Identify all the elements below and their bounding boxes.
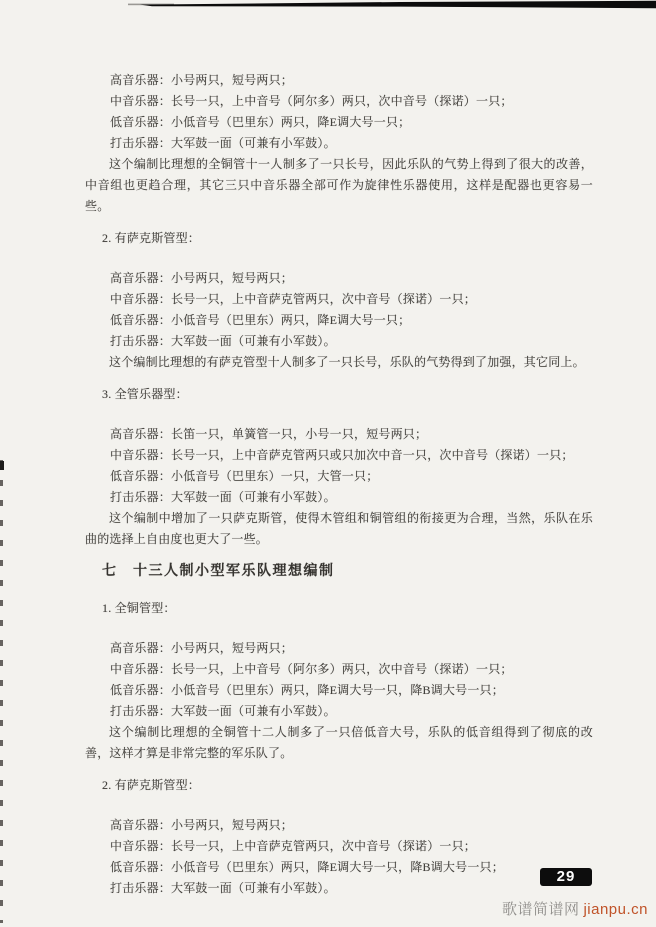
subsection-title-sax-type: 2. 有萨克斯管型： bbox=[85, 775, 593, 796]
note-paragraph: 这个编制中增加了一只萨克斯管，使得木管组和铜管组的衔接更为合理，当然，乐队在乐曲… bbox=[85, 508, 593, 550]
instrument-line-percussion: 打击乐器：大军鼓一面（可兼有小军鼓）。 bbox=[85, 133, 593, 154]
instrument-line-treble: 高音乐器：小号两只，短号两只； bbox=[85, 268, 593, 289]
instrument-line-bass: 低音乐器：小低音号（巴里东）两只，降E调大号一只，降B调大号一只； bbox=[85, 680, 593, 701]
instrument-line-alto: 中音乐器：长号一只，上中音号（阿尔多）两只，次中音号（探诺）一只； bbox=[85, 91, 593, 112]
subsection-title-full-wind-type: 3. 全管乐器型： bbox=[85, 384, 593, 405]
scanned-page: 高音乐器：小号两只，短号两只； 中音乐器：长号一只，上中音号（阿尔多）两只，次中… bbox=[0, 0, 656, 927]
watermark: 歌谱简谱网jianpu.cn bbox=[502, 898, 648, 919]
scan-top-edge-line bbox=[0, 0, 656, 10]
instrument-line-treble: 高音乐器：长笛一只，单簧管一只，小号一只，短号两只； bbox=[85, 424, 593, 445]
instrument-line-bass: 低音乐器：小低音号（巴里东）两只，降E调大号一只，降B调大号一只； bbox=[85, 857, 593, 878]
instrument-line-percussion: 打击乐器：大军鼓一面（可兼有小军鼓）。 bbox=[85, 878, 593, 899]
instrument-line-bass: 低音乐器：小低音号（巴里东）两只，降E调大号一只； bbox=[85, 310, 593, 331]
subsection-title-all-brass-type: 1. 全铜管型： bbox=[85, 598, 593, 619]
scan-left-edge-mark bbox=[0, 461, 4, 470]
note-paragraph: 这个编制比理想的全铜管十二人制多了一只倍低音大号，乐队的低音组得到了彻底的改善，… bbox=[85, 722, 593, 764]
instrument-line-bass: 低音乐器：小低音号（巴里东）两只，降E调大号一只； bbox=[85, 112, 593, 133]
instrument-line-alto: 中音乐器：长号一只，上中音号（阿尔多）两只，次中音号（探诺）一只； bbox=[85, 659, 593, 680]
instrument-line-percussion: 打击乐器：大军鼓一面（可兼有小军鼓）。 bbox=[85, 701, 593, 722]
instrument-line-bass: 低音乐器：小低音号（巴里东）一只，大管一只； bbox=[85, 466, 593, 487]
watermark-site-url: jianpu.cn bbox=[583, 901, 648, 918]
section-heading-thirteen-member-band: 七 十三人制小型军乐队理想编制 bbox=[85, 560, 593, 581]
note-paragraph: 这个编制比理想的有萨克管型十人制多了一只长号，乐队的气势得到了加强，其它同上。 bbox=[85, 352, 593, 373]
page-body-text: 高音乐器：小号两只，短号两只； 中音乐器：长号一只，上中音号（阿尔多）两只，次中… bbox=[85, 70, 593, 899]
instrument-line-alto: 中音乐器：长号一只，上中音萨克管两只，次中音号（探诺）一只； bbox=[85, 289, 593, 310]
instrument-line-percussion: 打击乐器：大军鼓一面（可兼有小军鼓）。 bbox=[85, 331, 593, 352]
instrument-line-alto: 中音乐器：长号一只，上中音萨克管两只，次中音号（探诺）一只； bbox=[85, 836, 593, 857]
page-number-badge: 29 bbox=[540, 868, 592, 886]
subsection-title-sax-type: 2. 有萨克斯管型： bbox=[85, 228, 593, 249]
instrument-line-percussion: 打击乐器：大军鼓一面（可兼有小军鼓）。 bbox=[85, 487, 593, 508]
watermark-site-name: 歌谱简谱网 bbox=[502, 901, 580, 918]
instrument-line-treble: 高音乐器：小号两只，短号两只； bbox=[85, 815, 593, 836]
scan-left-edge-dashes bbox=[0, 460, 3, 923]
instrument-line-treble: 高音乐器：小号两只，短号两只； bbox=[85, 70, 593, 91]
instrument-line-treble: 高音乐器：小号两只，短号两只； bbox=[85, 638, 593, 659]
instrument-line-alto: 中音乐器：长号一只，上中音萨克管两只或只加次中音一只，次中音号（探诺）一只； bbox=[85, 445, 593, 466]
note-paragraph: 这个编制比理想的全铜管十一人制多了一只长号，因此乐队的气势上得到了很大的改善，中… bbox=[85, 154, 593, 217]
